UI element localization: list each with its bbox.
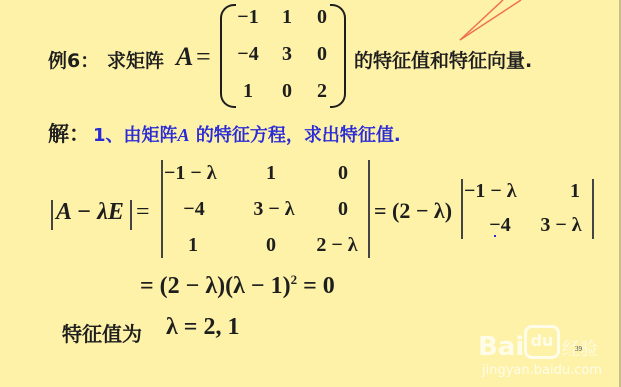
matrix-cell: 1 bbox=[275, 6, 299, 29]
matrix-cell: 0 bbox=[310, 6, 334, 29]
minor-cell: −1 − λ bbox=[464, 180, 526, 203]
watermark-url: jingyan.baidu.com bbox=[482, 363, 602, 378]
det-cell: 1 bbox=[256, 162, 286, 185]
det-cell: 3 − λ bbox=[244, 198, 304, 221]
matrix-name: A bbox=[176, 42, 193, 72]
det-bar-left bbox=[161, 160, 163, 258]
solution-label: 解： bbox=[48, 118, 90, 148]
solution-step-var: A bbox=[178, 125, 190, 145]
det-cell: 2 − λ bbox=[306, 234, 368, 257]
abs-bar-right bbox=[130, 200, 132, 230]
solution-step-rest: 的特征方程，求出特征值. bbox=[196, 125, 401, 146]
eigenvalues-label: 特征值为 bbox=[62, 318, 142, 347]
page-number: 39 bbox=[575, 345, 582, 353]
matrix-cell: 0 bbox=[310, 43, 334, 66]
matrix-cell: 0 bbox=[275, 80, 299, 103]
result-text-b: = 0 bbox=[297, 273, 335, 299]
watermark-brand: Bai bbox=[478, 332, 524, 362]
det-bar-right bbox=[368, 160, 370, 258]
result-equation: = (2 − λ)(λ − 1)2 = 0 bbox=[140, 272, 335, 300]
det-cell: 0 bbox=[256, 234, 286, 257]
det-cell: 0 bbox=[328, 162, 358, 185]
baidu-paw-icon: du bbox=[524, 325, 560, 359]
abs-bar-left bbox=[51, 200, 53, 230]
stray-dot bbox=[494, 235, 496, 237]
minor-bar-right bbox=[592, 179, 594, 239]
minor-cell: 1 bbox=[560, 180, 590, 203]
minor-bar-left bbox=[461, 179, 463, 239]
solution-step: 1、由矩阵A 的特征方程，求出特征值. bbox=[93, 121, 401, 147]
matrix-cell: 3 bbox=[275, 43, 299, 66]
det-lhs: A − λE bbox=[56, 199, 124, 226]
watermark-paw-text: du bbox=[531, 331, 554, 350]
det-equals: = bbox=[136, 199, 150, 226]
minor-cell: −4 bbox=[478, 214, 522, 237]
det-factor: = (2 − λ) bbox=[374, 198, 452, 224]
eigenvalues-value: λ = 2, 1 bbox=[166, 314, 239, 341]
example-ask: 求矩阵 bbox=[107, 46, 164, 73]
matrix-cell: −4 bbox=[228, 43, 268, 66]
matrix-cell: −1 bbox=[228, 6, 268, 29]
matrix-cell: 1 bbox=[232, 80, 264, 103]
det-cell: 1 bbox=[178, 234, 208, 257]
result-text-a: = (2 − λ)(λ − 1) bbox=[140, 273, 291, 299]
det-cell: 0 bbox=[328, 198, 358, 221]
example-label: 例6： bbox=[48, 46, 99, 73]
slide: 例6： 求矩阵 A = −1 1 0 −4 3 0 1 0 2 的特征值和特征向… bbox=[0, 0, 619, 387]
example-suffix: 的特征值和特征向量. bbox=[354, 46, 532, 73]
equals-sign: = bbox=[196, 42, 211, 72]
minor-cell: 3 − λ bbox=[530, 214, 592, 237]
det-cell: −1 − λ bbox=[164, 162, 226, 185]
det-cell: −4 bbox=[172, 198, 216, 221]
matrix-cell: 2 bbox=[310, 80, 334, 103]
solution-step-text: 1、由矩阵 bbox=[93, 125, 178, 146]
